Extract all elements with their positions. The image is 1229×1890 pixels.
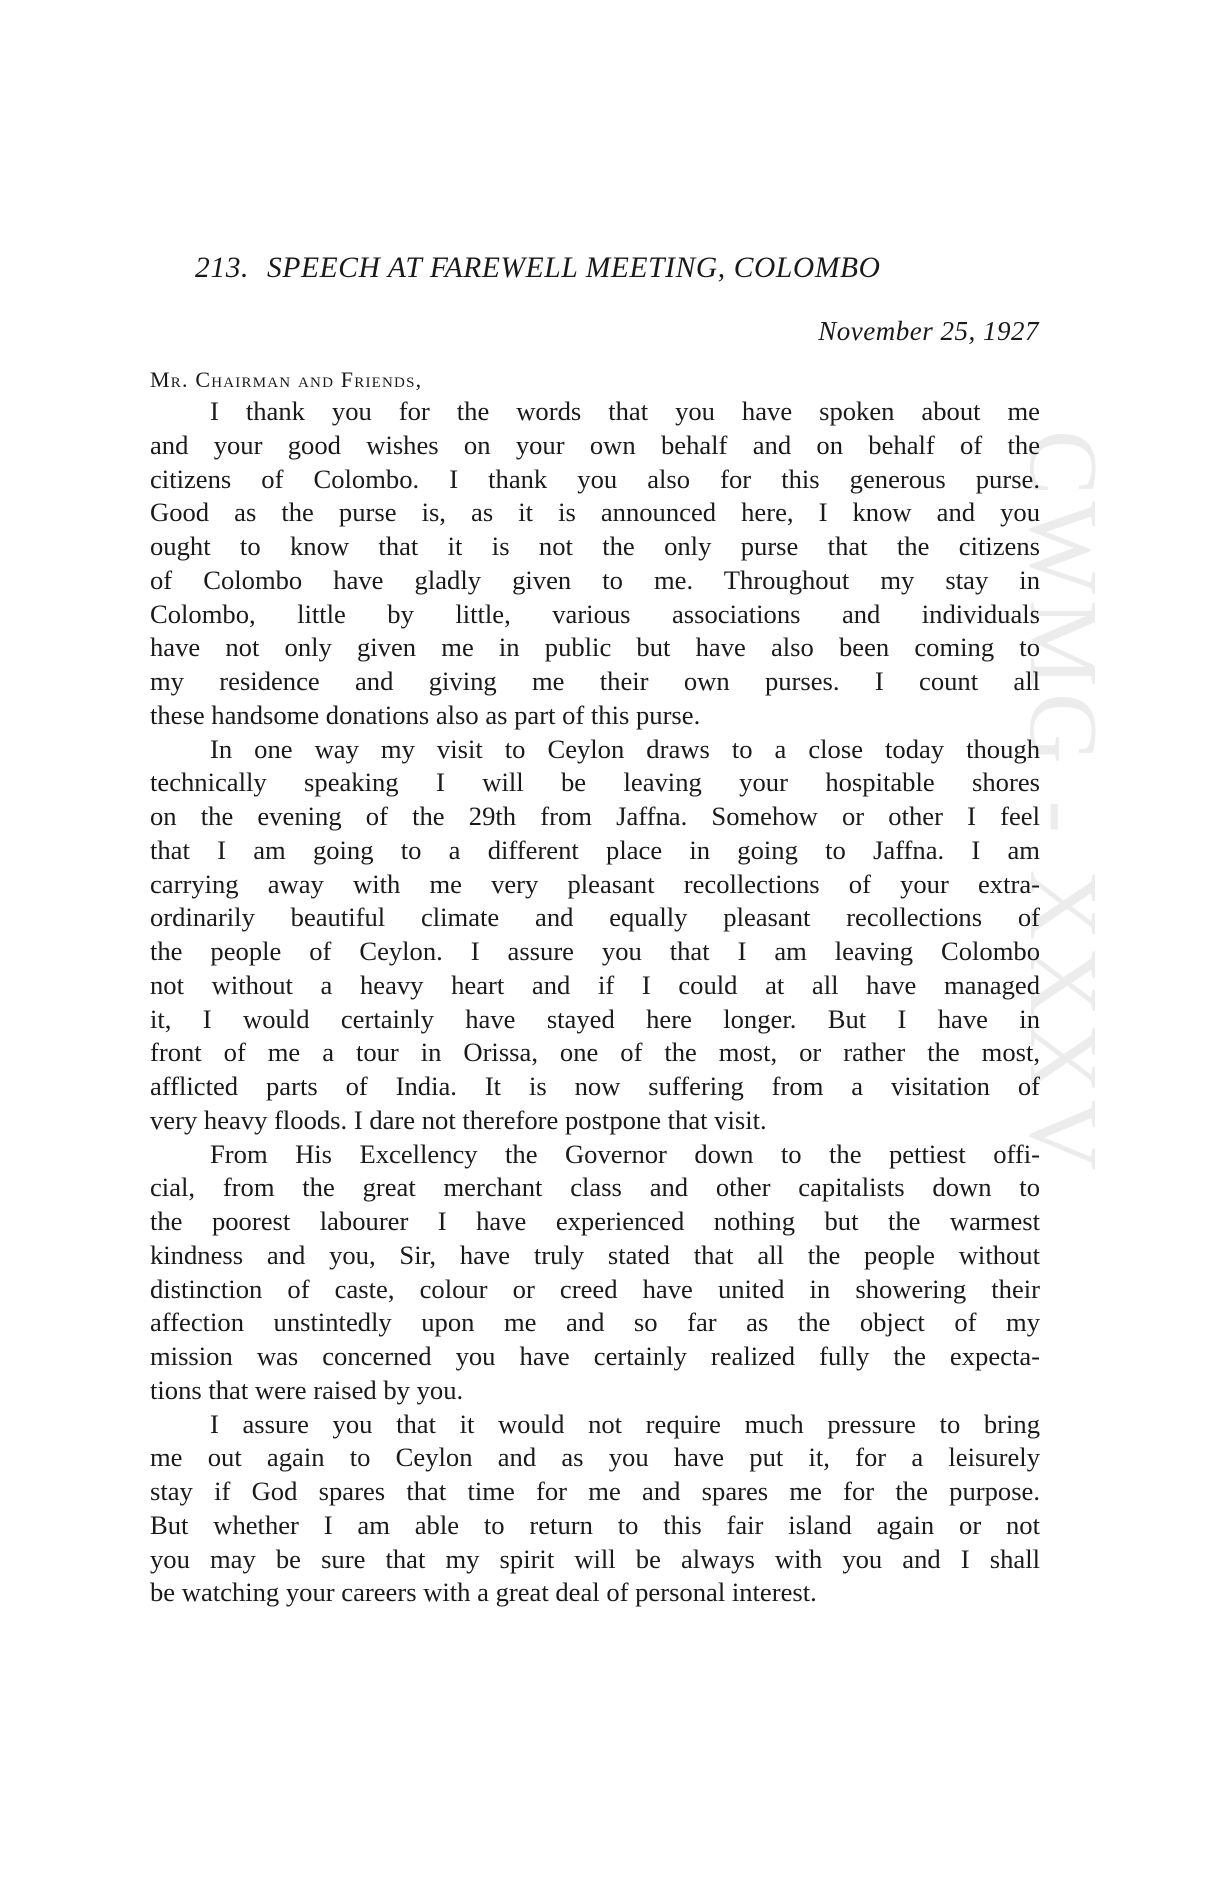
paragraph: I thank you for the words that you have … — [150, 395, 1040, 733]
text-line: distinction of caste, colour or creed ha… — [150, 1273, 1040, 1307]
text-line: ordinarily beautiful climate and equally… — [150, 901, 1040, 935]
text-line: on the evening of the 29th from Jaffna. … — [150, 800, 1040, 834]
text-line: Good as the purse is, as it is announced… — [150, 496, 1040, 530]
salutation: Mr. Chairman and Friends, — [150, 367, 422, 393]
text-line: not without a heavy heart and if I could… — [150, 969, 1040, 1003]
text-line: ought to know that it is not the only pu… — [150, 530, 1040, 564]
text-line: cial, from the great merchant class and … — [150, 1171, 1040, 1205]
text-line: Colombo, little by little, various assoc… — [150, 598, 1040, 632]
text-line: front of me a tour in Orissa, one of the… — [150, 1036, 1040, 1070]
document-page: CWMG - XXXV 213.SPEECH AT FAREWELL MEETI… — [0, 0, 1229, 1890]
text-line: it, I would certainly have stayed here l… — [150, 1003, 1040, 1037]
text-line: I assure you that it would not require m… — [150, 1408, 1040, 1442]
text-line: affection unstintedly upon me and so far… — [150, 1306, 1040, 1340]
text-line: you may be sure that my spirit will be a… — [150, 1543, 1040, 1577]
text-line: stay if God spares that time for me and … — [150, 1475, 1040, 1509]
text-line: the poorest labourer I have experienced … — [150, 1205, 1040, 1239]
text-line: kindness and you, Sir, have truly stated… — [150, 1239, 1040, 1273]
text-line: of Colombo have gladly given to me. Thro… — [150, 564, 1040, 598]
text-line: afflicted parts of India. It is now suff… — [150, 1070, 1040, 1104]
text-line: technically speaking I will be leaving y… — [150, 766, 1040, 800]
text-line: very heavy floods. I dare not therefore … — [150, 1104, 1040, 1138]
text-line: From His Excellency the Governor down to… — [150, 1138, 1040, 1172]
text-line: In one way my visit to Ceylon draws to a… — [150, 733, 1040, 767]
title-text: SPEECH AT FAREWELL MEETING, COLOMBO — [267, 252, 881, 284]
text-line: these handsome donations also as part of… — [150, 699, 1040, 733]
document-date: November 25, 1927 — [818, 316, 1039, 347]
text-line: citizens of Colombo. I thank you also fo… — [150, 463, 1040, 497]
text-line: my residence and giving me their own pur… — [150, 665, 1040, 699]
text-line: I thank you for the words that you have … — [150, 395, 1040, 429]
speech-body: I thank you for the words that you have … — [150, 395, 1040, 1610]
text-line: me out again to Ceylon and as you have p… — [150, 1441, 1040, 1475]
paragraph: In one way my visit to Ceylon draws to a… — [150, 733, 1040, 1138]
text-line: mission was concerned you have certainly… — [150, 1340, 1040, 1374]
text-line: the people of Ceylon. I assure you that … — [150, 935, 1040, 969]
text-line: be watching your careers with a great de… — [150, 1576, 1040, 1610]
paragraph: From His Excellency the Governor down to… — [150, 1138, 1040, 1408]
item-number: 213. — [195, 252, 249, 284]
text-line: that I am going to a different place in … — [150, 834, 1040, 868]
text-line: tions that were raised by you. — [150, 1374, 1040, 1408]
document-title: 213.SPEECH AT FAREWELL MEETING, COLOMBO — [195, 252, 1015, 285]
text-line: and your good wishes on your own behalf … — [150, 429, 1040, 463]
text-line: have not only given me in public but hav… — [150, 631, 1040, 665]
paragraph: I assure you that it would not require m… — [150, 1408, 1040, 1611]
text-line: But whether I am able to return to this … — [150, 1509, 1040, 1543]
text-line: carrying away with me very pleasant reco… — [150, 868, 1040, 902]
